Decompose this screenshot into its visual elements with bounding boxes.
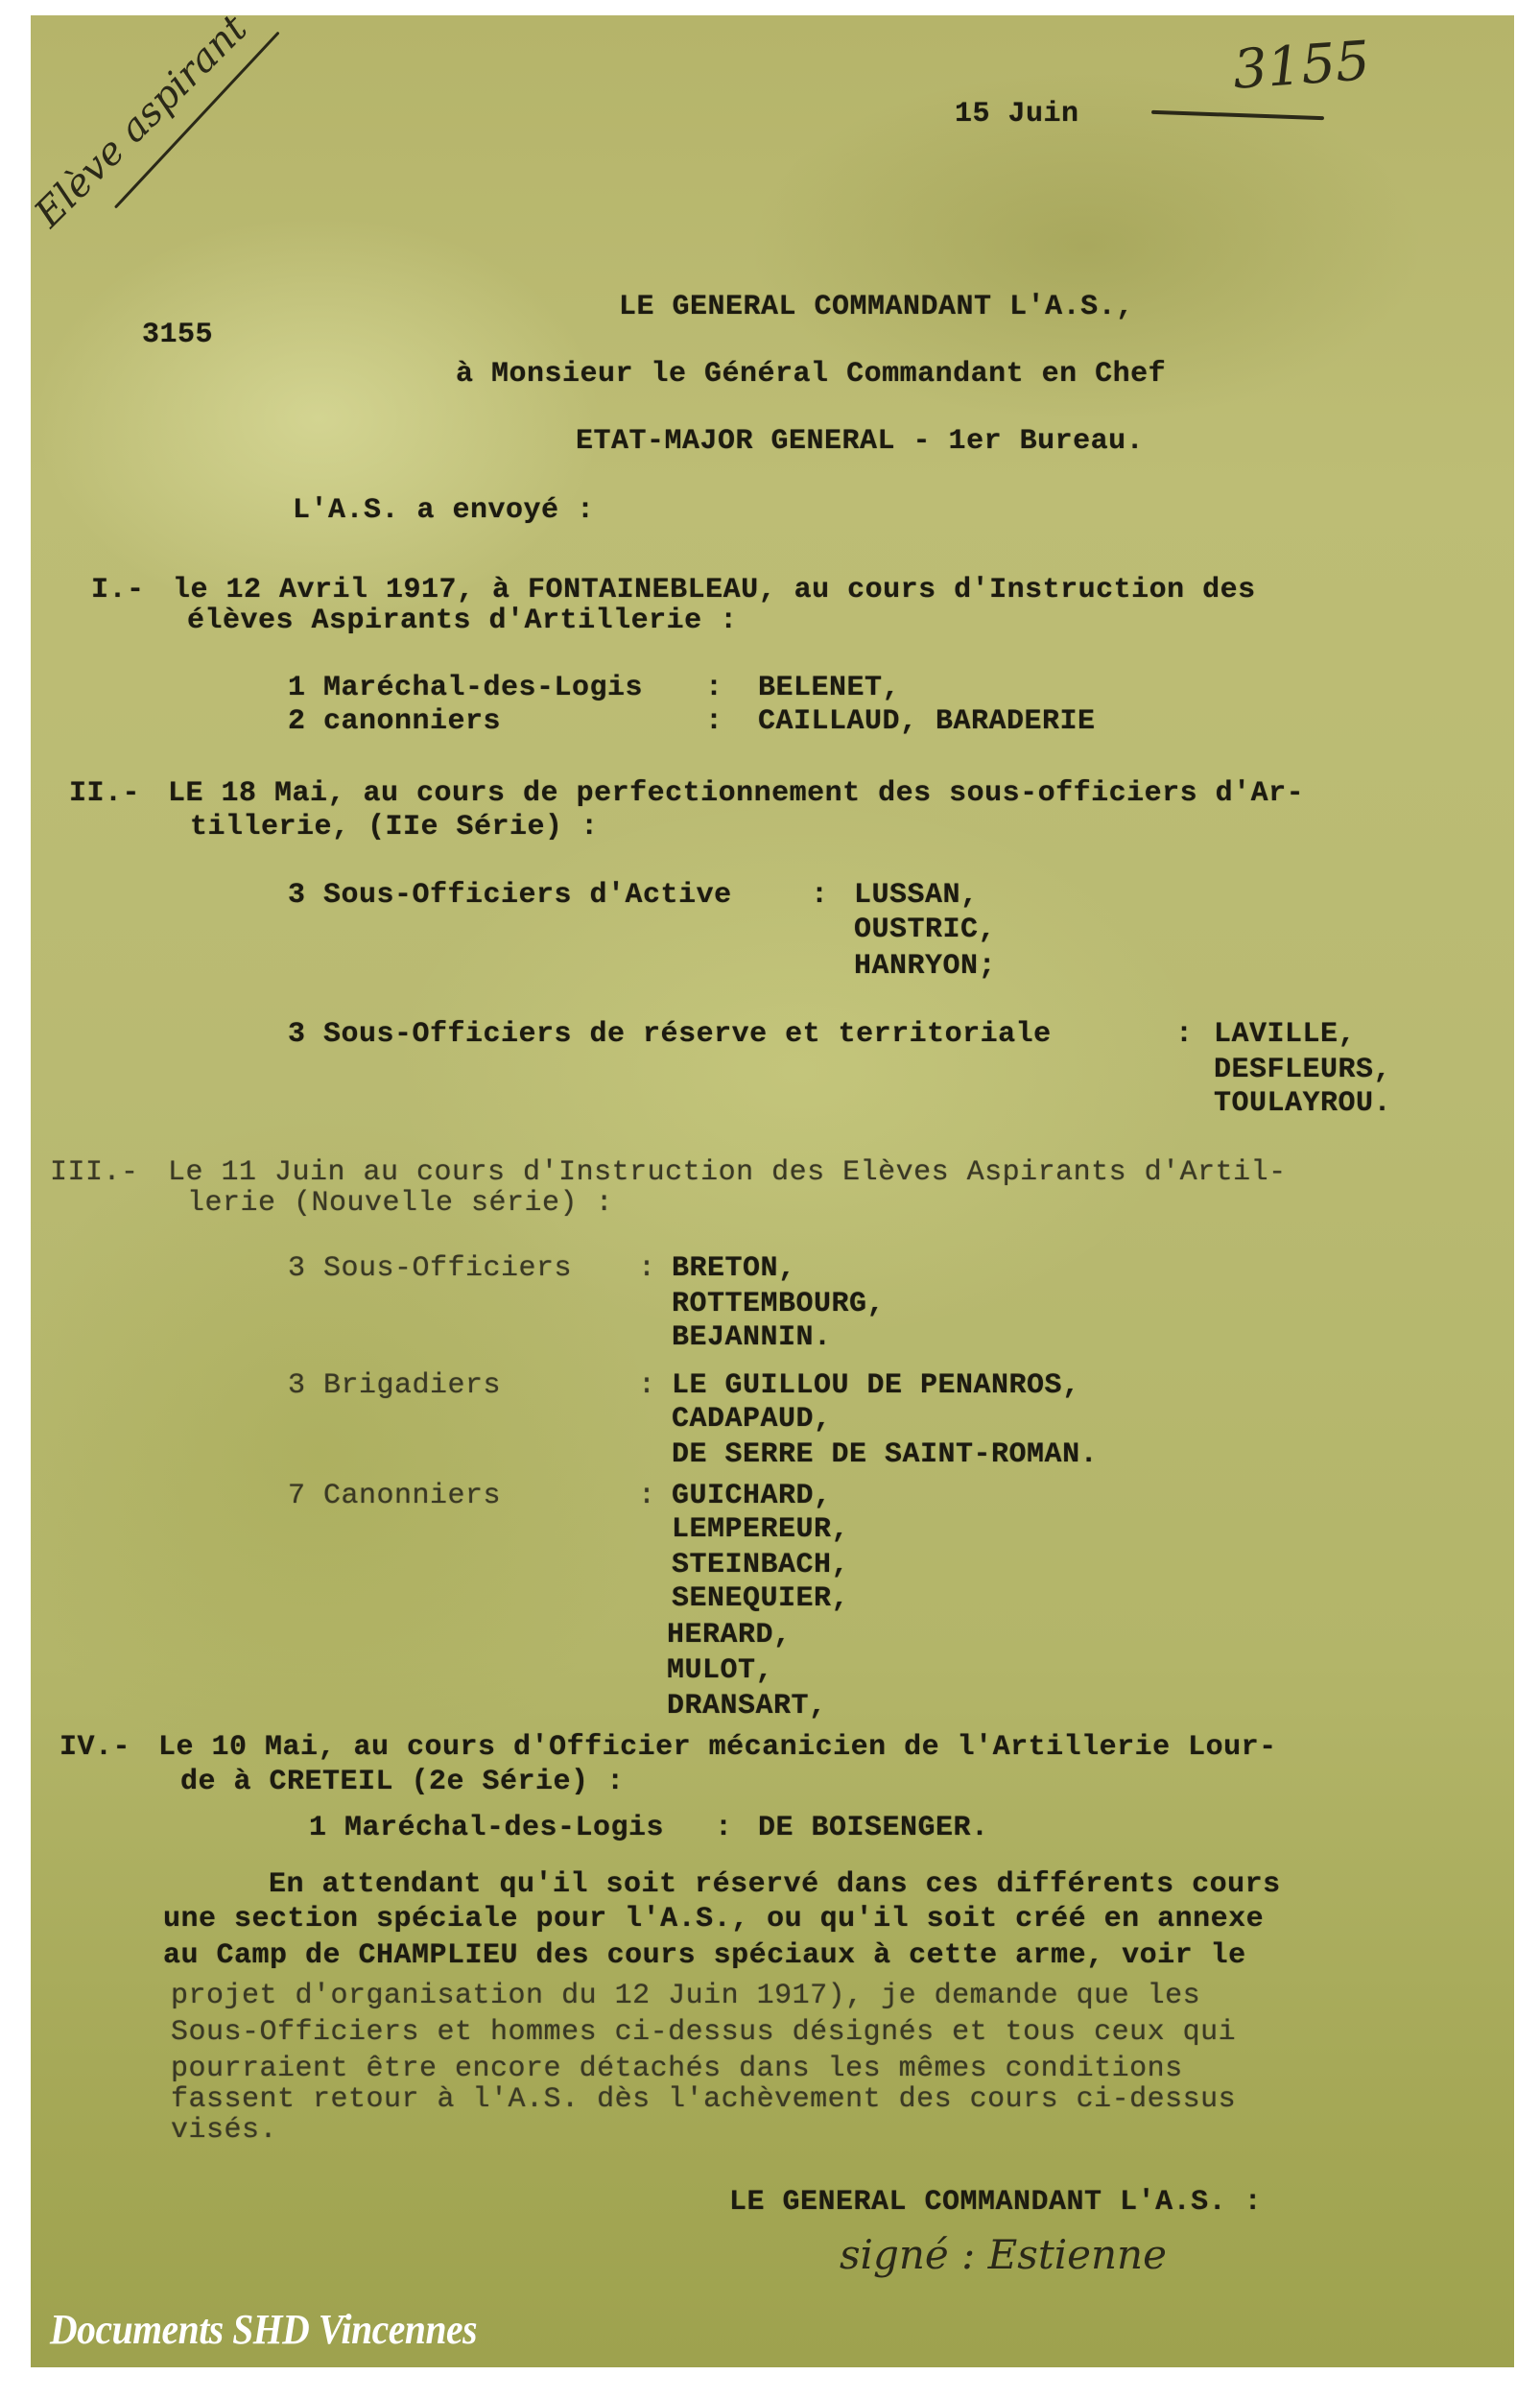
colon: : [638, 1252, 656, 1285]
colon: : [705, 705, 723, 738]
intro-line: L'A.S. a envoyé : [293, 494, 595, 527]
name-entry: DESFLEURS, [1214, 1054, 1391, 1086]
colon: : [638, 1480, 656, 1512]
name-entry: LAVILLE, [1214, 1018, 1356, 1051]
handwritten-number: 3155 [1231, 30, 1372, 102]
document-date: 15 Juin [955, 98, 1079, 131]
group-label: 7 Canonniers [288, 1480, 501, 1512]
name-entry: TOULAYROU. [1214, 1087, 1391, 1120]
name-entry: ROTTEMBOURG, [672, 1288, 885, 1320]
section-text-line: élèves Aspirants d'Artillerie : [187, 605, 738, 637]
section-text-line: Le 11 Juin au cours d'Instruction des El… [168, 1156, 1287, 1189]
name-entry: GUICHARD, [672, 1480, 832, 1512]
section-text-line: le 12 Avril 1917, à FONTAINEBLEAU, au co… [173, 574, 1256, 606]
name-entry: BEJANNIN. [672, 1321, 832, 1354]
name-entry: STEINBACH, [672, 1549, 849, 1581]
section-text-line: Le 10 Mai, au cours d'Officier mécanicie… [158, 1731, 1277, 1764]
group-label: 3 Sous-Officiers de réserve et territori… [288, 1018, 1052, 1051]
section-numeral: I.- [91, 574, 145, 606]
paragraph-line: fassent retour à l'A.S. dès l'achèvement… [171, 2083, 1236, 2116]
colon: : [715, 1812, 733, 1844]
section-numeral: II.- [69, 777, 140, 810]
section-text-line: lerie (Nouvelle série) : [187, 1187, 613, 1220]
paragraph-line: En attendant qu'il soit réservé dans ces… [269, 1868, 1281, 1901]
paragraph-line: Sous-Officiers et hommes ci-dessus désig… [171, 2016, 1236, 2049]
name-entry: HERARD, [667, 1619, 792, 1651]
department-line: ETAT-MAJOR GENERAL - 1er Bureau. [576, 425, 1144, 458]
colon: : [1175, 1018, 1194, 1051]
section-text-line: LE 18 Mai, au cours de perfectionnement … [168, 777, 1304, 810]
colon: : [638, 1369, 656, 1402]
name-entry: BELENET, [758, 672, 900, 704]
archive-watermark: Documents SHD Vincennes [50, 2305, 477, 2354]
group-label: 1 Maréchal-des-Logis [288, 672, 643, 704]
group-label: 1 Maréchal-des-Logis [309, 1812, 664, 1844]
paragraph-line: pourraient être encore détachés dans les… [171, 2053, 1183, 2085]
name-entry: BRETON, [672, 1252, 796, 1285]
handwritten-signature: signé : Estienne [840, 2231, 1167, 2278]
paragraph-line: une section spéciale pour l'A.S., ou qu'… [163, 1903, 1264, 1936]
name-entry: MULOT, [667, 1654, 773, 1687]
name-entry: SENEQUIER, [672, 1582, 849, 1615]
name-entry: LE GUILLOU DE PENANROS, [672, 1369, 1080, 1402]
name-entry: DE SERRE DE SAINT-ROMAN. [672, 1438, 1098, 1471]
group-label: 3 Sous-Officiers [288, 1252, 572, 1285]
paragraph-line: visés. [171, 2114, 277, 2147]
recipient-line: à Monsieur le Général Commandant en Chef [456, 358, 1166, 391]
paragraph-line: au Camp de CHAMPLIEU des cours spéciaux … [163, 1939, 1246, 1972]
sender-line: LE GENERAL COMMANDANT L'A.S., [619, 291, 1134, 323]
signature-block: LE GENERAL COMMANDANT L'A.S. : [729, 2186, 1262, 2219]
paragraph-line: projet d'organisation du 12 Juin 1917), … [171, 1980, 1200, 2012]
name-entry: HANRYON; [854, 950, 996, 983]
section-numeral: IV.- [59, 1731, 130, 1764]
name-entry: DE BOISENGER. [758, 1812, 989, 1844]
group-label: 2 canonniers [288, 705, 501, 738]
colon: : [811, 879, 829, 912]
name-entry: DRANSART, [667, 1690, 827, 1722]
group-label: 3 Sous-Officiers d'Active [288, 879, 732, 912]
colon: : [705, 672, 723, 704]
reference-number: 3155 [142, 319, 213, 351]
section-numeral: III.- [50, 1156, 139, 1189]
group-label: 3 Brigadiers [288, 1369, 501, 1402]
name-entry: OUSTRIC, [854, 914, 996, 946]
name-entry: LEMPEREUR, [672, 1513, 849, 1546]
name-entry: LUSSAN, [854, 879, 979, 912]
name-entry: CADAPAUD, [672, 1403, 832, 1436]
name-entry: CAILLAUD, BARADERIE [758, 705, 1096, 738]
section-text-line: tillerie, (IIe Série) : [190, 811, 599, 843]
section-text-line: de à CRETEIL (2e Série) : [180, 1766, 625, 1798]
